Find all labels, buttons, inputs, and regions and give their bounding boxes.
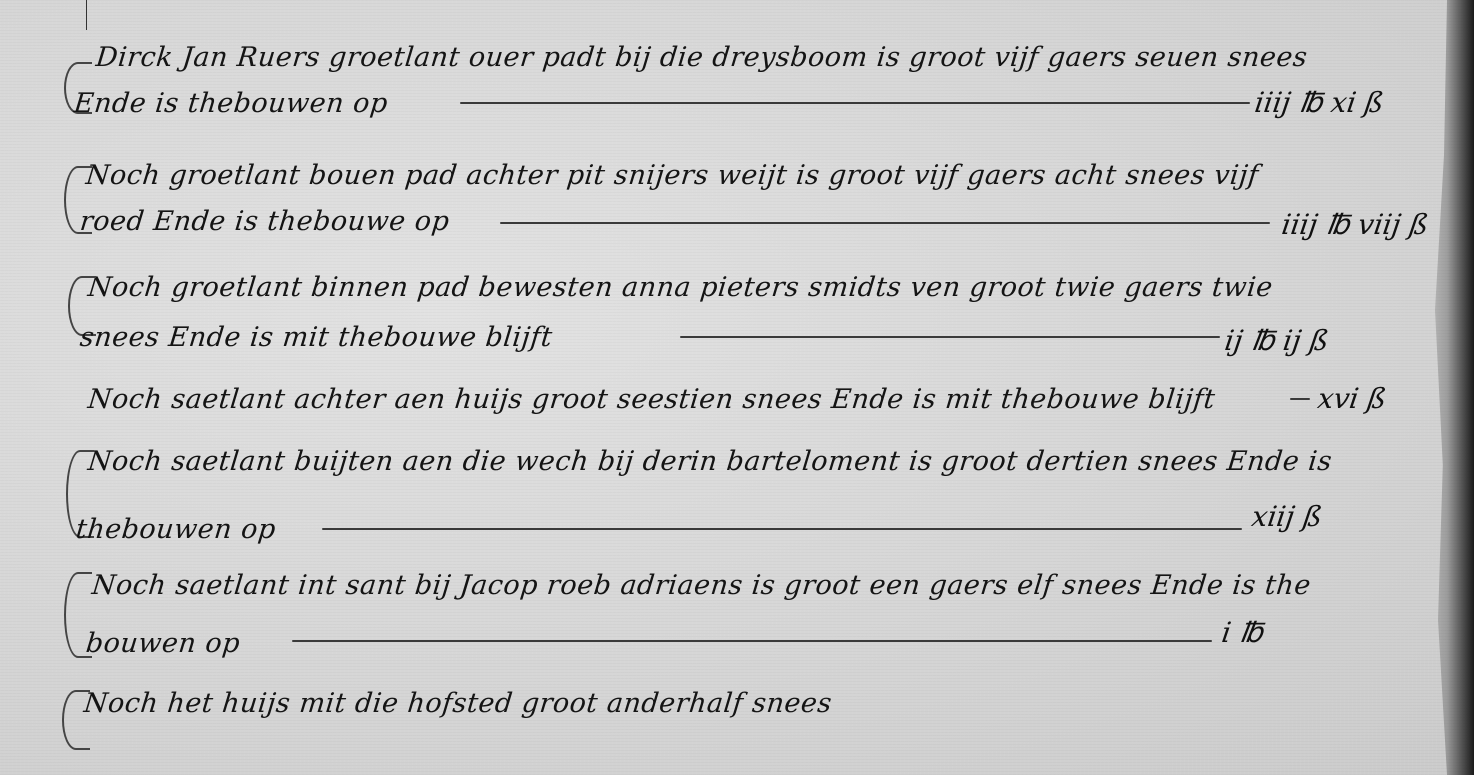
entry-3-line-1: Noch groetlant binnen pad bewesten anna …: [86, 272, 1274, 303]
entry-5-line-2: thebouwen op: [74, 514, 277, 545]
entry-4-amount: xvi ß: [1316, 382, 1389, 415]
entry-6-line-2: bouwen op: [84, 628, 241, 659]
entry-7-line-1: Noch het huijs mit die hofsted groot and…: [82, 688, 833, 719]
entry-3-line-2: snees Ende is mit thebouwe blijft: [78, 322, 554, 353]
fill-line: [680, 336, 1220, 338]
fill-line: [292, 640, 1212, 642]
entry-6-line-1: Noch saetlant int sant bij Jacop roeb ad…: [90, 570, 1312, 601]
torn-page-edge: [1414, 0, 1474, 775]
entry-5-amount: xiij ß: [1250, 500, 1325, 533]
entry-6-amount: i ℔: [1220, 616, 1265, 649]
margin-rule: [86, 0, 87, 30]
entry-2-amount: iiij ℔ viij ß: [1280, 208, 1431, 241]
fill-line: [500, 222, 1270, 224]
entry-bracket: [62, 690, 90, 750]
fill-line: [460, 102, 1250, 104]
entry-1-line-1: Dirck Jan Ruers groetlant ouer padt bij …: [94, 42, 1309, 73]
entry-1-line-2: Ende is thebouwen op: [72, 88, 389, 119]
entry-2-line-2: roed Ende is thebouwe op: [78, 206, 451, 237]
fill-line: [1290, 398, 1310, 400]
manuscript-page: Dirck Jan Ruers groetlant ouer padt bij …: [0, 0, 1474, 775]
entry-4-line-1: Noch saetlant achter aen huijs groot see…: [86, 384, 1216, 415]
entry-2-line-1: Noch groetlant bouen pad achter pit snij…: [84, 160, 1260, 191]
entry-5-line-1: Noch saetlant buijten aen die wech bij d…: [86, 446, 1333, 477]
fill-line: [322, 528, 1242, 530]
entry-1-amount: iiij ℔ xi ß: [1253, 86, 1386, 119]
entry-3-amount: ij ℔ ij ß: [1223, 324, 1331, 357]
